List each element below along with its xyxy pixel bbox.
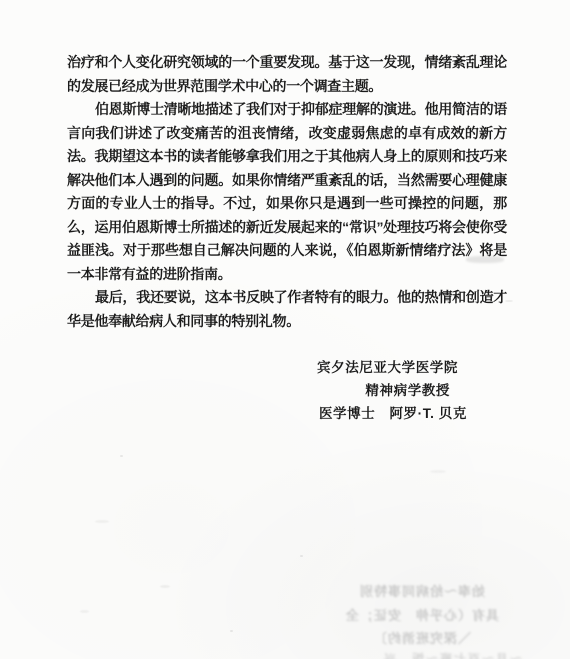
scan-speck [80,610,89,613]
scanned-book-page: 治疗和个人变化研究领域的一个重要发现。基于这一发现，情绪紊乱理论的发展已经成为世… [0,0,570,659]
ghost-text-line: 始奉～给病同事特别 [332,580,512,604]
scan-speck [430,470,446,473]
bleed-through-text: 始奉～给病同事特别 具有（心乎伸 安证；全 ＼深究班消约〕 [332,580,512,651]
scan-speck [300,555,303,557]
scan-speck [95,520,109,523]
ghost-text-line-partial: ～月～百七班～饭 兴 [382,650,522,659]
signature-affiliation: 宾夕法尼亚大学医学院 [317,356,458,379]
scan-speck [230,630,233,632]
signature-title: 精神病学教授 [317,379,450,402]
signature-name: 医学博士 阿罗·T. 贝克 [317,402,467,425]
paragraph-closing: 最后，我还要说，这本书反映了作者特有的眼力。他的热情和创造才华是他奉献给病人和同… [67,286,507,333]
scan-speck [120,455,123,457]
paragraph-continuation: 治疗和个人变化研究领域的一个重要发现。基于这一发现，情绪紊乱理论的发展已经成为世… [67,51,507,98]
paragraph-burns-description: 伯恩斯博士清晰地描述了我们对于抑郁症理解的演进。他用简洁的语言向我们讲述了改变痛… [67,98,507,286]
ghost-text-line: 具有（心乎伸 安证；全 [332,604,512,628]
signature-block: 宾夕法尼亚大学医学院 精神病学教授 医学博士 阿罗·T. 贝克 [317,356,467,425]
foreword-text-block: 治疗和个人变化研究领域的一个重要发现。基于这一发现，情绪紊乱理论的发展已经成为世… [67,51,507,333]
ghost-text-line: ＼深究班消约〕 [332,627,512,651]
scan-speck [160,585,170,588]
